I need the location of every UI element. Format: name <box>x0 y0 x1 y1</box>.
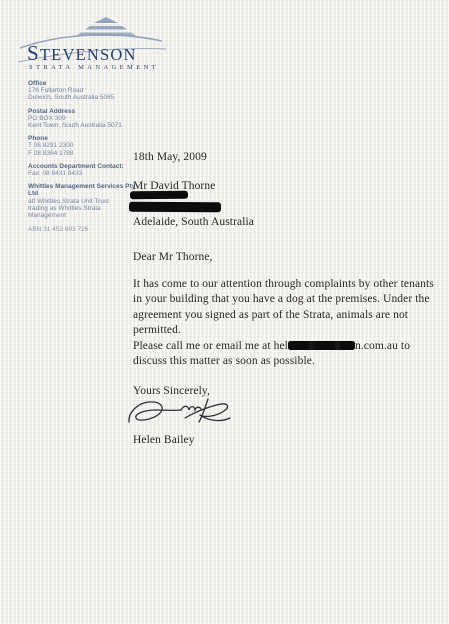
brand-wordmark: STEVENSON <box>27 41 167 66</box>
letter-page: STEVENSON STRATA MANAGEMENT Office 176 F… <box>0 0 449 624</box>
phone-line: T 08 8291 2300 <box>28 142 140 149</box>
abn-line: ABN 31 453 603 726 <box>28 226 140 233</box>
salutation: Dear Mr Thorne, <box>133 250 213 265</box>
sidebar-accounts-section: Accounts Department Contact: Fax: 08 843… <box>28 163 140 177</box>
body-paragraph-2: Please call me or email me at heln.com.a… <box>133 339 410 370</box>
office-line: 176 Fullarton Road <box>28 87 140 94</box>
redaction-bar-email <box>288 341 355 350</box>
redaction-bar-address-line-1 <box>130 191 188 199</box>
body-paragraph-1-text: It has come to our attention through com… <box>133 278 434 336</box>
stevenson-logo: STEVENSON STRATA MANAGEMENT <box>18 12 168 78</box>
accounts-fax-line: Fax: 08 8431 8433 <box>28 170 140 177</box>
company-line: atf Whittles Strata Unit Trust <box>28 198 140 205</box>
phone-heading: Phone <box>28 135 140 142</box>
brand-tagline: STRATA MANAGEMENT <box>29 64 169 71</box>
company-heading: Whittles Management Services Pty Ltd <box>28 183 140 197</box>
sidebar-phone-section: Phone T 08 8291 2300 F 08 8364 1788 <box>28 135 140 157</box>
letterhead-sidebar: Office 176 Fullarton Road Dulwich, South… <box>28 80 140 233</box>
sidebar-company-section: Whittles Management Services Pty Ltd atf… <box>28 183 140 219</box>
office-heading: Office <box>28 80 140 87</box>
accounts-heading: Accounts Department Contact: <box>28 163 140 170</box>
office-line: Dulwich, South Australia 5065 <box>28 94 140 101</box>
sidebar-postal-section: Postal Address PO BOX 309 Kent Town, Sou… <box>28 108 140 130</box>
sidebar-office-section: Office 176 Fullarton Road Dulwich, South… <box>28 80 140 102</box>
fax-line: F 08 8364 1788 <box>28 150 140 157</box>
company-line: trading as Whittles Strata Management <box>28 205 140 219</box>
redaction-bar-address-line-2 <box>129 202 221 212</box>
body-paragraph-2-prefix: Please call me or email me at hel <box>133 340 288 352</box>
date-line: 18th May, 2009 <box>133 150 207 165</box>
postal-line: PO BOX 309 <box>28 115 140 122</box>
postal-line: Kent Town, South Australia 5071 <box>28 122 140 129</box>
body-paragraph-1: It has come to our attention through com… <box>133 277 434 339</box>
postal-heading: Postal Address <box>28 108 140 115</box>
recipient-city: Adelaide, South Australia <box>133 215 254 230</box>
handwritten-signature <box>125 396 235 432</box>
signer-name: Helen Bailey <box>133 433 195 448</box>
